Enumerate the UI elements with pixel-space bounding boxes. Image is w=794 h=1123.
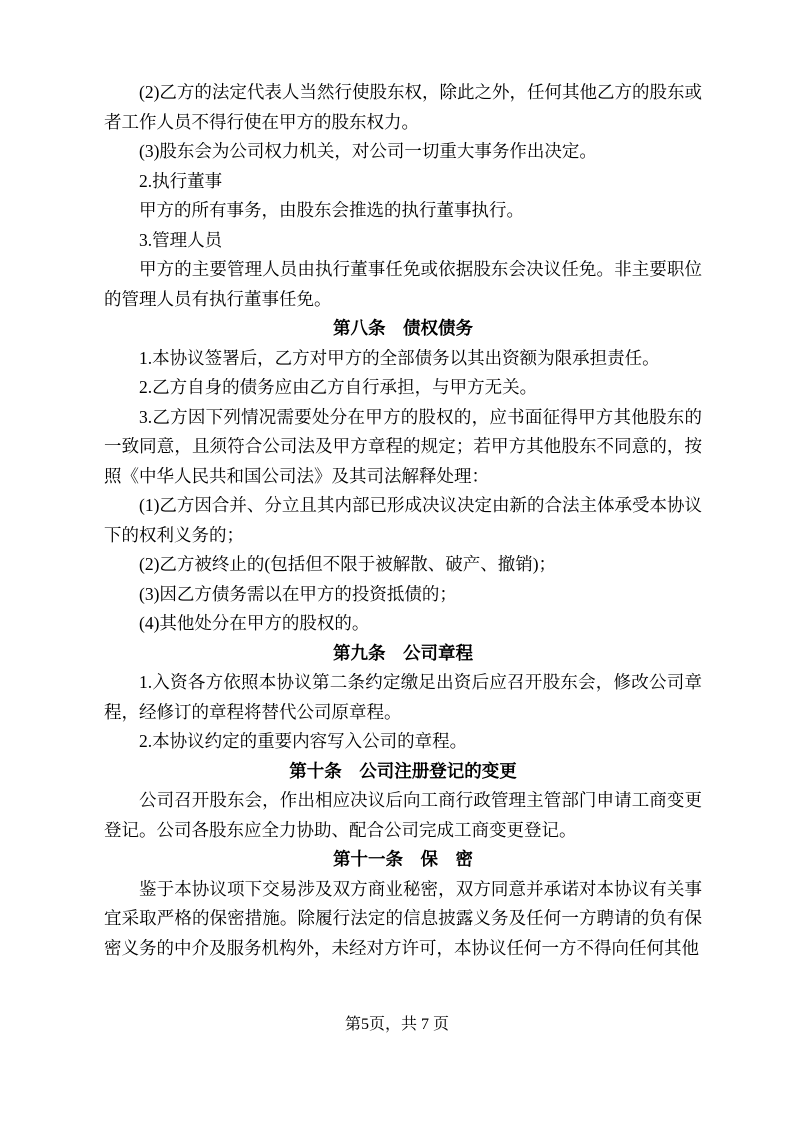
paragraph: 甲方的所有事务，由股东会推选的执行董事执行。: [104, 196, 702, 226]
paragraph: 3.管理人员: [104, 226, 702, 256]
page-number-label: 第5页，共 7 页: [345, 1016, 449, 1033]
paragraph: 3.乙方因下列情况需要处分在甲方的股权的，应书面征得甲方其他股东的一致同意，且须…: [104, 403, 702, 492]
paragraph: 1.本协议签署后，乙方对甲方的全部债务以其出资额为限承担责任。: [104, 344, 702, 374]
paragraph: 1.入资各方依照本协议第二条约定缴足出资后应召开股东会，修改公司章程，经修订的章…: [104, 668, 702, 727]
paragraph: 甲方的主要管理人员由执行董事任免或依据股东会决议任免。非主要职位的管理人员有执行…: [104, 255, 702, 314]
document-body: (2)乙方的法定代表人当然行使股东权，除此之外，任何其他乙方的股东或者工作人员不…: [0, 0, 794, 963]
paragraph: (4)其他处分在甲方的股权的。: [104, 609, 702, 639]
paragraph: 2.乙方自身的债务应由乙方自行承担，与甲方无关。: [104, 373, 702, 403]
paragraph: 公司召开股东会，作出相应决议后向工商行政管理主管部门申请工商变更登记。公司各股东…: [104, 786, 702, 845]
paragraph: (1)乙方因合并、分立且其内部已形成决议决定由新的合法主体承受本协议下的权利义务…: [104, 491, 702, 550]
paragraph: 2.本协议约定的重要内容写入公司的章程。: [104, 727, 702, 757]
section-heading: 第八条 债权债务: [104, 314, 702, 344]
section-heading: 第九条 公司章程: [104, 639, 702, 669]
paragraph: 鉴于本协议项下交易涉及双方商业秘密，双方同意并承诺对本协议有关事宜采取严格的保密…: [104, 875, 702, 964]
section-heading: 第十条 公司注册登记的变更: [104, 757, 702, 787]
paragraph: (2)乙方的法定代表人当然行使股东权，除此之外，任何其他乙方的股东或者工作人员不…: [104, 78, 702, 137]
paragraph: 2.执行董事: [104, 167, 702, 197]
paragraph: (3)因乙方债务需以在甲方的投资抵债的；: [104, 580, 702, 610]
section-heading: 第十一条 保 密: [104, 845, 702, 875]
paragraph: (2)乙方被终止的(包括但不限于被解散、破产、撤销)；: [104, 550, 702, 580]
paragraph: (3)股东会为公司权力机关，对公司一切重大事务作出决定。: [104, 137, 702, 167]
document-page: (2)乙方的法定代表人当然行使股东权，除此之外，任何其他乙方的股东或者工作人员不…: [0, 0, 794, 1123]
page-footer: 第5页，共 7 页: [0, 1012, 794, 1038]
